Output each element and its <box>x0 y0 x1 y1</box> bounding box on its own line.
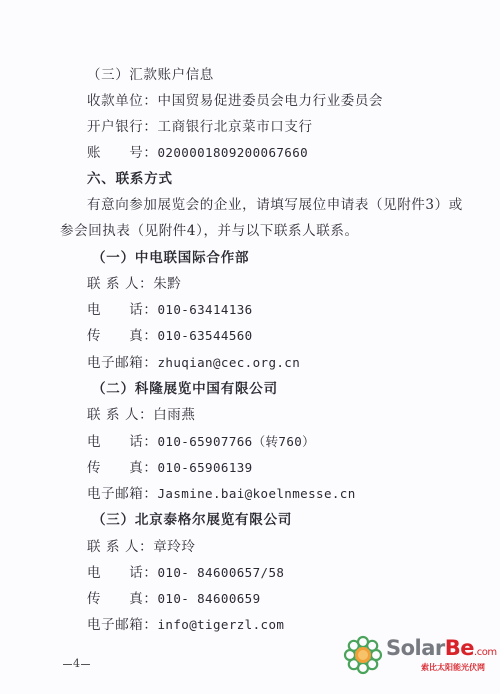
contact-value: 白雨燕 <box>153 407 195 423</box>
contact-value: 朱黔 <box>153 276 181 292</box>
organizer-2-fax-row: 传 真：010-65906139 <box>87 456 253 476</box>
phone-label: 电 话： <box>87 565 158 581</box>
email-link[interactable]: Jasmine.bai@koelnmesse.cn <box>158 486 356 501</box>
contact-heading: 六、联系方式 <box>87 167 173 187</box>
email-label: 电子邮箱： <box>87 355 158 371</box>
page-number: 4 <box>62 657 91 670</box>
organizer-2-phone-row: 电 话：010-65907766（转760） <box>87 430 315 450</box>
fax-label: 传 真： <box>87 460 158 476</box>
phone-label: 电 话： <box>87 434 158 450</box>
contact-label: 联 系 人： <box>87 539 153 555</box>
phone-label: 电 话： <box>87 302 158 318</box>
organizer-1-contact-row: 联 系 人：朱黔 <box>87 272 181 292</box>
intro-line-1: 有意向参加展览会的企业，请填写展位申请表（见附件3）或 <box>87 193 463 213</box>
bank-row: 开户银行：工商银行北京菜市口支行 <box>87 115 313 135</box>
organizer-3-contact-row: 联 系 人：章玲玲 <box>87 535 196 555</box>
fax-label: 传 真： <box>87 591 158 607</box>
fax-value: 010-63544560 <box>158 328 253 343</box>
phone-value: 010-63414136 <box>158 302 253 317</box>
solarbe-watermark: SolarBe.com 索比太阳能光伏网 <box>343 633 493 683</box>
organizer-1-email-row: 电子邮箱：zhuqian@cec.org.cn <box>87 351 300 371</box>
document-page: （三）汇款账户信息 收款单位：中国贸易促进委员会电力行业委员会 开户银行：工商银… <box>0 0 500 694</box>
fax-value: 010- 84600659 <box>158 591 261 606</box>
phone-value: 010- 84600657/58 <box>158 565 285 580</box>
bank-value: 工商银行北京菜市口支行 <box>158 119 313 135</box>
organizer-1-fax-row: 传 真：010-63544560 <box>87 324 253 344</box>
bank-label: 开户银行： <box>87 119 158 135</box>
organizer-3-email-row: 电子邮箱：info@tigerzl.com <box>87 613 284 633</box>
organizer-2-contact-row: 联 系 人：白雨燕 <box>87 403 196 423</box>
remittance-heading: （三）汇款账户信息 <box>87 63 214 83</box>
email-label: 电子邮箱： <box>87 486 158 502</box>
account-value: 0200001809200067660 <box>158 145 309 160</box>
organizer-1-name: （一）中电联国际合作部 <box>92 246 249 266</box>
payee-value: 中国贸易促进委员会电力行业委员会 <box>158 93 384 109</box>
contact-label: 联 系 人： <box>87 407 153 423</box>
organizer-3-name: （三）北京泰格尔展览有限公司 <box>92 508 292 528</box>
organizer-3-phone-row: 电 话：010- 84600657/58 <box>87 561 284 581</box>
organizer-1-phone-row: 电 话：010-63414136 <box>87 298 253 318</box>
brand-subtitle: 索比太阳能光伏网 <box>421 662 485 673</box>
email-label: 电子邮箱： <box>87 617 158 633</box>
organizer-2-email-row: 电子邮箱：Jasmine.bai@koelnmesse.cn <box>87 482 356 502</box>
fax-label: 传 真： <box>87 328 158 344</box>
fax-value: 010-65906139 <box>158 460 253 475</box>
email-link[interactable]: zhuqian@cec.org.cn <box>158 355 301 370</box>
brand-name: SolarBe.com <box>386 636 497 660</box>
organizer-2-name: （二）科隆展览中国有限公司 <box>92 377 278 397</box>
email-link[interactable]: info@tigerzl.com <box>158 617 285 632</box>
intro-line-2: 参会回执表（见附件4），并与以下联系人联系。 <box>60 219 359 239</box>
payee-label: 收款单位： <box>87 93 158 109</box>
contact-value: 章玲玲 <box>153 539 195 555</box>
contact-label: 联 系 人： <box>87 276 153 292</box>
organizer-3-fax-row: 传 真：010- 84600659 <box>87 587 261 607</box>
phone-value: 010-65907766（转760） <box>158 434 316 449</box>
account-row: 账 号：0200001809200067660 <box>87 141 308 161</box>
account-label: 账 号： <box>87 145 158 161</box>
sunflower-logo-icon <box>343 635 383 675</box>
payee-row: 收款单位：中国贸易促进委员会电力行业委员会 <box>87 89 383 109</box>
